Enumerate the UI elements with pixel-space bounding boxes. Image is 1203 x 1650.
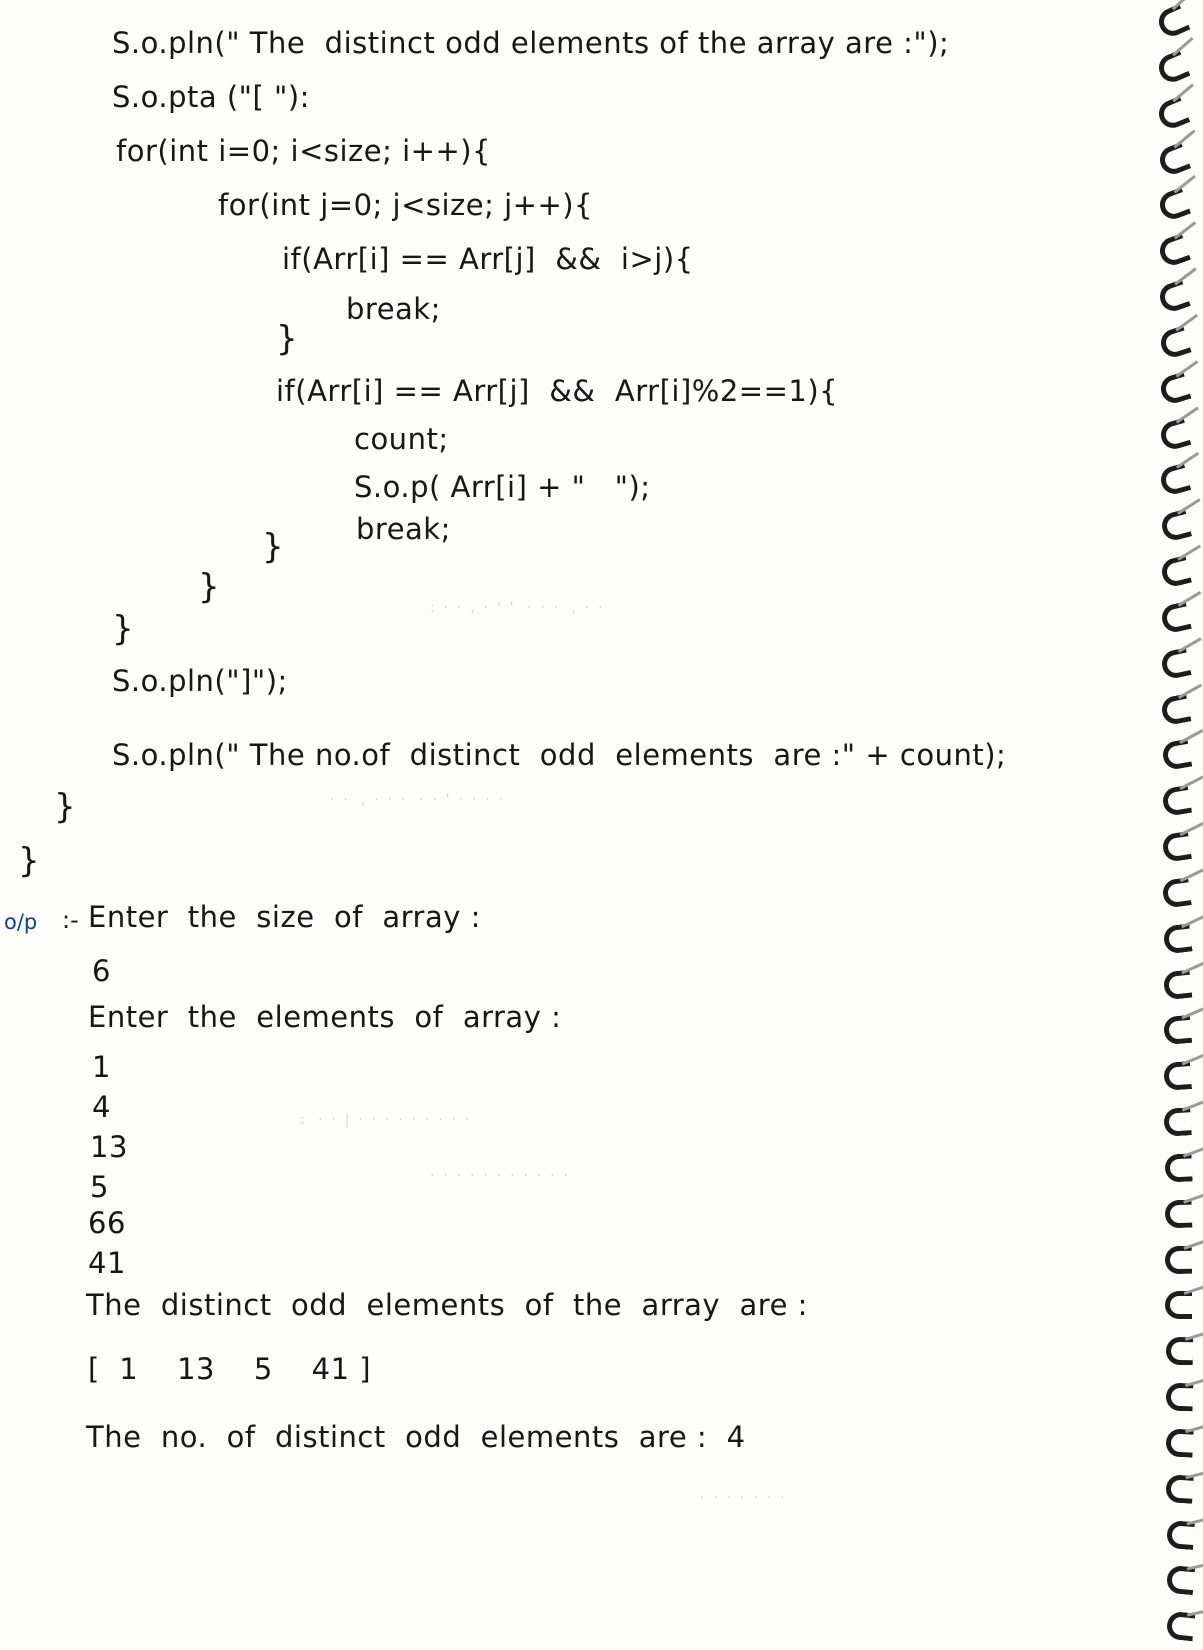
binding-ring-icon bbox=[1162, 923, 1192, 954]
binding-ring-icon bbox=[1155, 96, 1191, 132]
binding-ring-icon bbox=[1160, 694, 1192, 727]
binding-ring-icon bbox=[1158, 463, 1191, 497]
output-line: 41 bbox=[88, 1246, 126, 1280]
closing-brace: } bbox=[112, 612, 134, 646]
binding-ring-icon bbox=[1161, 877, 1192, 908]
binding-ring-icon bbox=[1159, 601, 1192, 634]
closing-brace: } bbox=[276, 322, 298, 356]
binding-ring-icon bbox=[1165, 1291, 1192, 1319]
notebook-page: S.o.pln(" The distinct odd elements of t… bbox=[0, 0, 1203, 1650]
output-line: 13 bbox=[90, 1130, 128, 1164]
binding-ring-icon bbox=[1156, 279, 1191, 314]
bleed-through-text: · · , · · · · · ' · · · · bbox=[330, 792, 503, 808]
code-line: S.o.pln(" The no.of distinct odd element… bbox=[112, 738, 1006, 772]
code-line: for(int j=0; j<size; j++){ bbox=[218, 188, 593, 222]
code-line: if(Arr[i] == Arr[j] && i>j){ bbox=[282, 242, 694, 276]
output-separator: :- bbox=[62, 906, 79, 934]
binding-ring-icon bbox=[1158, 418, 1192, 452]
binding-ring-icon bbox=[1165, 1246, 1192, 1274]
output-line: Enter the elements of array : bbox=[88, 1000, 561, 1034]
output-line: 6 bbox=[92, 954, 111, 988]
binding-ring-icon bbox=[1156, 187, 1191, 223]
binding-ring-icon bbox=[1166, 1611, 1196, 1642]
output-array-result: [ 1 13 5 41 ] bbox=[88, 1352, 371, 1386]
bleed-through-text: : · · | · · · · · · · · · bbox=[300, 1112, 470, 1128]
binding-ring-icon bbox=[1165, 1428, 1193, 1457]
binding-ring-icon bbox=[1166, 1565, 1195, 1595]
binding-ring-icon bbox=[1166, 1337, 1193, 1365]
closing-brace: } bbox=[198, 570, 220, 604]
bleed-through-text: : · · , · ' ' · · · , · · bbox=[430, 600, 603, 616]
closing-brace: } bbox=[18, 844, 40, 878]
binding-ring-icon bbox=[1159, 555, 1192, 589]
binding-ring-icon bbox=[1155, 50, 1191, 86]
binding-ring-icon bbox=[1165, 1474, 1194, 1504]
binding-ring-icon bbox=[1166, 1520, 1195, 1550]
binding-ring-icon bbox=[1164, 1153, 1192, 1182]
binding-ring-icon bbox=[1159, 509, 1192, 543]
code-line: for(int i=0; i<size; i++){ bbox=[116, 134, 491, 168]
output-line: 5 bbox=[90, 1170, 109, 1204]
code-line: count; bbox=[354, 422, 449, 456]
code-line: S.o.pln(" The distinct odd elements of t… bbox=[112, 26, 949, 60]
binding-ring-icon bbox=[1159, 647, 1191, 680]
binding-ring-icon bbox=[1163, 1061, 1192, 1091]
binding-ring-icon bbox=[1161, 739, 1193, 771]
output-label: o/p bbox=[4, 910, 37, 934]
binding-ring-icon bbox=[1166, 1383, 1194, 1412]
binding-ring-icon bbox=[1157, 326, 1191, 361]
output-line: 4 bbox=[92, 1090, 111, 1124]
code-line: break; bbox=[356, 512, 451, 546]
code-line: S.o.p( Arr[i] + " "); bbox=[354, 470, 651, 504]
output-line: The distinct odd elements of the array a… bbox=[86, 1288, 808, 1322]
binding-ring-icon bbox=[1165, 1200, 1193, 1229]
closing-brace: } bbox=[54, 790, 76, 824]
output-line: 1 bbox=[92, 1050, 111, 1084]
code-line: break; bbox=[346, 292, 441, 326]
binding-ring-icon bbox=[1163, 970, 1193, 1001]
binding-ring-icon bbox=[1163, 1015, 1192, 1045]
code-line: S.o.pta ("[ "): bbox=[112, 80, 310, 114]
binding-ring-icon bbox=[1157, 372, 1191, 407]
binding-ring-icon bbox=[1161, 785, 1192, 817]
output-line: 66 bbox=[88, 1206, 126, 1240]
code-line: S.o.pln("]"); bbox=[112, 664, 288, 698]
bleed-through-text: · · · · · · · bbox=[700, 1490, 785, 1506]
spiral-binding bbox=[1153, 0, 1203, 1650]
binding-ring-icon bbox=[1161, 831, 1192, 863]
binding-ring-icon bbox=[1154, 4, 1190, 41]
code-line: if(Arr[i] == Arr[j] && Arr[i]%2==1){ bbox=[276, 374, 838, 408]
output-count-result: The no. of distinct odd elements are : 4 bbox=[86, 1420, 746, 1454]
binding-ring-icon bbox=[1163, 1107, 1192, 1137]
closing-brace: } bbox=[262, 530, 284, 564]
bleed-through-text: · · · · · · · · · · · bbox=[430, 1168, 568, 1184]
binding-ring-icon bbox=[1156, 233, 1191, 268]
output-line: Enter the size of array : bbox=[88, 900, 481, 934]
binding-ring-icon bbox=[1156, 142, 1191, 178]
